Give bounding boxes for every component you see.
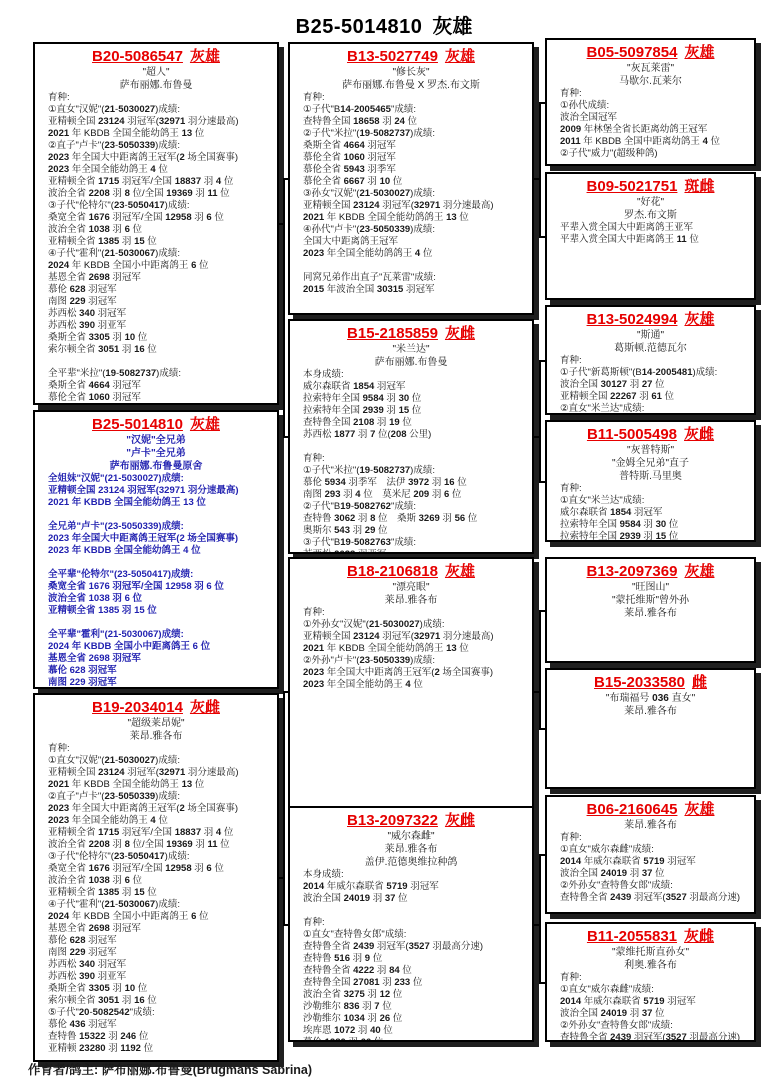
sex-label: 灰雄	[684, 44, 714, 61]
body-line: 全平辈"伦特尔"(23-5050417)成绩:	[40, 569, 272, 581]
body-line: ④子代"霍利"(21-5030067)成绩:	[40, 899, 272, 911]
blank-line	[40, 356, 272, 368]
body-line: 育种:	[552, 483, 749, 495]
body-line: ③子代"伦特尔"(23-5050417)成绩:	[40, 851, 272, 863]
body-line: 波治全国 24019 羽 37 位	[552, 1008, 749, 1020]
ring-number: B11-5005498	[587, 426, 677, 443]
blank-line	[295, 441, 527, 453]
nickname-line: 盖伊.范德奥维拉种鸽	[295, 856, 527, 869]
body-line: 查特鲁全省 2439 羽冠军(3527 羽最高分速)	[552, 1032, 749, 1042]
sex-label: 灰雄	[190, 48, 220, 65]
body-line: 2014 年威尔森联省 5719 羽冠军	[552, 856, 749, 868]
body-line: ⑤子代"20-5082542"成绩:	[40, 1007, 272, 1019]
body-line: 慕伦 5934 羽季军 法伊 3972 羽 16 位	[295, 477, 527, 489]
pedigree-box-b11-2055831: B11-2055831灰雌"蒙维托斯直孙女"利奥.雅各布育种:①直女"威尔森雌"…	[545, 922, 756, 1042]
blank-line	[40, 509, 272, 521]
body-line: 全平辈"米拉"(19-5082737)成绩:	[40, 368, 272, 380]
box-title: B13-5024994灰雄	[552, 310, 749, 329]
pedigree-page: B25-5014810灰雄 B20-5086547灰雄"超人"萨布丽娜.布鲁曼育…	[0, 0, 768, 1086]
connector-line	[539, 102, 545, 104]
connector-line	[539, 854, 545, 856]
pedigree-box-b25-5014810: B25-5014810灰雄"汉妮"全兄弟"卢卡"全兄弟萨布丽娜.布鲁曼原舍全姐妹…	[33, 410, 279, 689]
body-line: 育种:	[552, 972, 749, 984]
body-line: 波治全省 2208 羽 8 位/全国 19369 羽 11 位	[40, 839, 272, 851]
nickname-line: 罗杰.布文斯	[552, 209, 749, 222]
body-line: 育种:	[40, 92, 272, 104]
connector-line	[283, 924, 288, 926]
body-line: 苏西松 1877 羽 7 位(208 公里)	[295, 429, 527, 441]
body-line: 2023 年全国全能幼鸽王 4 位	[40, 164, 272, 176]
body-line: 查特鲁全省 4222 羽 84 位	[295, 965, 527, 977]
body-line: 苏西松 390 羽亚军	[40, 320, 272, 332]
body-line: 查特鲁 15322 羽 246 位	[40, 1031, 272, 1043]
body-line: 查特鲁全国 27081 羽 233 位	[295, 977, 527, 989]
body-line: 南图 293 羽 4 位 莫米尼 209 羽 6 位	[295, 489, 527, 501]
body-line: 2021 年 KBDB 全国全能幼鸽鸽王 13 位	[295, 212, 527, 224]
body-line: 2023 年全国全能幼鸽王 4 位	[40, 815, 272, 827]
nickname-line: "米兰达"	[295, 343, 527, 356]
pedigree-box-b18-2106818: B18-2106818灰雄"漂亮眼"莱昂.雅各布育种:①外孙女"汉妮"(21-5…	[288, 557, 534, 826]
nickname-line: "蒙托维斯"曾外孙	[552, 594, 749, 607]
body-line: 2021 年 KBDB 全国全能幼鸽王 13 位	[40, 779, 272, 791]
body-line: 育种:	[295, 607, 527, 619]
body-line: 奥斯尔 543 羽 29 位	[295, 525, 527, 537]
nickname-line: "旺图山"	[552, 581, 749, 594]
sex-label: 灰雌	[445, 325, 475, 342]
body-line: 波治全国冠军	[552, 112, 749, 124]
pedigree-box-b06-2160645: B06-2160645灰雄莱昂.雅各布育种:①直女"威尔森雌"成绩:2014 年…	[545, 795, 756, 914]
ring-number: B13-2097369	[587, 563, 678, 580]
nickname-line: "布瑞福号 036 直女"	[552, 692, 749, 705]
body-line: 拉索特年全国 9584 羽 30 位	[552, 519, 749, 531]
blank-line	[40, 617, 272, 629]
nickname-line: "灰普特斯"	[552, 444, 749, 457]
body-line: 拉索特年全国 2939 羽 15 位	[295, 405, 527, 417]
body-line: 慕伦 628 羽冠军	[40, 284, 272, 296]
body-line: 苏西松 340 羽冠军	[40, 308, 272, 320]
connector-line	[539, 728, 545, 730]
body-line: 亚精顿全省 1715 羽冠军/全国 18837 羽 4 位	[40, 176, 272, 188]
body-line: 育种:	[552, 832, 749, 844]
body-line: ②直女"米兰达"成绩:	[552, 403, 749, 415]
body-line: ②外孙"卢卡"(23-5050339)成绩:	[295, 655, 527, 667]
connector-line	[539, 982, 545, 984]
pedigree-box-b13-2097369: B13-2097369灰雄"旺图山""蒙托维斯"曾外孙莱昂.雅各布	[545, 557, 756, 663]
body-line: 育种:	[295, 453, 527, 465]
box-title: B11-2055831灰雌	[552, 927, 749, 946]
box-title: B15-2185859灰雌	[295, 324, 527, 343]
box-title: B13-5027749灰雄	[295, 47, 527, 66]
pedigree-box-b19-2034014: B19-2034014灰雌"超级莱昂妮"莱昂.雅各布育种:①直女"汉妮"(21-…	[33, 693, 279, 1062]
nickname-line: "漂亮眼"	[295, 581, 527, 594]
body-line: ③子代"B19-5082763"成绩:	[295, 537, 527, 549]
ring-number: B06-2160645	[587, 801, 678, 818]
body-line: 桑宽全省 1676 羽冠军/全国 12958 羽 6 位	[40, 863, 272, 875]
body-line: 慕伦全省 5943 羽季军	[295, 164, 527, 176]
body-line: 2023 年全国大中距离鸽王冠军(2 场全国赛事)	[40, 533, 272, 545]
sex-label: 灰雄	[445, 48, 475, 65]
body-line: 亚精顿全国 23124 羽冠军(32971 羽分速最高)	[40, 767, 272, 779]
body-line: 本身成绩:	[295, 869, 527, 881]
nickname-line: 马歇尔.瓦莱尔	[552, 75, 749, 88]
ring-number: B15-2185859	[347, 325, 438, 342]
body-line: 查特鲁全国 2108 羽 19 位	[295, 417, 527, 429]
body-line: 2014 年威尔森联省 5719 羽冠军	[295, 881, 527, 893]
ring-number: B13-2097322	[347, 812, 438, 829]
body-line: 波治全国 24019 羽 37 位	[295, 893, 527, 905]
body-line: ①直女"米兰达"成绩:	[552, 495, 749, 507]
ring-number: B11-2055831	[587, 928, 677, 945]
body-line: 2023 年全国大中距离鸽王冠军(2 场全国赛事)	[295, 667, 527, 679]
connector-line	[283, 436, 288, 438]
nickname-line: "修长灰"	[295, 66, 527, 79]
body-line: 2015 年波治全国 30315 羽冠军	[295, 284, 527, 296]
body-line: 慕伦 436 羽冠军	[40, 1019, 272, 1031]
connector-line	[283, 691, 285, 926]
ring-number: B18-2106818	[347, 563, 438, 580]
box-title: B18-2106818灰雄	[295, 562, 527, 581]
body-line: ②子代"B19-5082762"成绩:	[295, 501, 527, 513]
body-line: 桑斯全省 3305 羽 10 位	[40, 983, 272, 995]
ring-number: B25-5014810	[92, 416, 183, 433]
body-line: 桑斯全省 4664 羽冠军	[40, 380, 272, 392]
sex-label: 灰雌	[684, 928, 714, 945]
body-line: 埃库恩 1072 羽 40 位	[295, 1025, 527, 1037]
body-line: 基恩全省 2698 羽冠军	[40, 272, 272, 284]
sex-label: 灰雌	[190, 699, 220, 716]
body-line: 查特鲁全国 18658 羽 24 位	[295, 116, 527, 128]
connector-line	[283, 691, 288, 693]
connector-line	[539, 481, 545, 483]
body-line: 亚精顿全国 23124 羽冠军(32971 羽分速最高)	[40, 485, 272, 497]
ring-number: B15-2033580	[594, 674, 685, 691]
nickname-line: "好花"	[552, 196, 749, 209]
body-line: 全国大中距离鸽王冠军	[295, 236, 527, 248]
body-line: 育种:	[552, 355, 749, 367]
body-line: 桑斯全省 4664 羽冠军	[295, 140, 527, 152]
connector-line	[539, 360, 541, 483]
body-line: 查特鲁全省 2439 羽冠军(3527 羽最高分速)	[295, 941, 527, 953]
body-line: 2021 年 KBDB 全国全能幼鸽王 13 位	[40, 128, 272, 140]
body-line: 2023 年 KBDB 全国全能幼鸽王 4 位	[40, 545, 272, 557]
body-line: 2011 年 KBDB 全国中距离幼鸽王 4 位	[552, 136, 749, 148]
body-line: ①子代"B14-2005465"成绩:	[295, 104, 527, 116]
body-line: 查特鲁 516 羽 9 位	[295, 953, 527, 965]
nickname-line: 普特斯.马里奥	[552, 470, 749, 483]
ring-number: B13-5024994	[587, 311, 678, 328]
body-line: 本身成绩:	[295, 369, 527, 381]
sex-label: 灰雌	[684, 426, 714, 443]
nickname-line: 莱昂.雅各布	[295, 594, 527, 607]
body-line: 慕伦 628 羽冠军	[40, 935, 272, 947]
body-line: ②直子"卢卡"(23-5050339)成绩:	[40, 791, 272, 803]
body-line: 亚精顿全省 1385 羽 15 位	[40, 236, 272, 248]
connector-line	[539, 610, 541, 730]
pedigree-box-b15-2033580: B15-2033580雌"布瑞福号 036 直女"莱昂.雅各布	[545, 668, 756, 789]
pedigree-box-b13-2097322: B13-2097322灰雌"威尔森雌"莱昂.雅各布盖伊.范德奥维拉种鸽本身成绩:…	[288, 806, 534, 1042]
body-line: 查特鲁全省 2439 羽冠军(3527 羽最高分速)	[552, 892, 749, 904]
nickname-line: "汉妮"全兄弟	[40, 434, 272, 447]
body-line: 基恩全省 2698 羽冠军	[40, 653, 272, 665]
nickname-line: 萨布丽娜.布鲁曼 X 罗杰.布文斯	[295, 79, 527, 92]
body-line: ①直女"查特鲁女郎"成绩:	[295, 929, 527, 941]
body-line: 亚精顿全省 1385 羽 15 位	[40, 887, 272, 899]
connector-line	[539, 610, 545, 612]
box-title: B11-5005498灰雌	[552, 425, 749, 444]
pedigree-box-b05-5097854: B05-5097854灰雄"灰瓦莱雷"马歇尔.瓦莱尔育种:①孙代成绩:波治全国冠…	[545, 38, 756, 166]
nickname-line: 利奥.雅各布	[552, 959, 749, 972]
pedigree-box-b09-5021751: B09-5021751斑雌"好花"罗杰.布文斯平辈入赏全国大中距离鸽王亚军平辈入…	[545, 172, 756, 300]
box-title: B06-2160645灰雄	[552, 800, 749, 819]
page-title-sex: 灰雄	[432, 16, 472, 38]
body-line: 南图 229 羽冠军	[40, 947, 272, 959]
pedigree-box-b20-5086547: B20-5086547灰雄"超人"萨布丽娜.布鲁曼育种:①直女"汉妮"(21-5…	[33, 42, 279, 405]
sex-label: 灰雄	[445, 563, 475, 580]
body-line: ①直女"汉妮"(21-5030027)成绩:	[40, 104, 272, 116]
body-line: 桑宽全省 1676 羽冠军/全国 12958 羽 6 位	[40, 212, 272, 224]
connector-line	[539, 102, 541, 238]
sex-label: 灰雄	[684, 563, 714, 580]
body-line: 2023 年全国大中距离鸽王冠军(2 场全国赛事)	[40, 803, 272, 815]
body-line: 沙勒维尔 1034 羽 26 位	[295, 1013, 527, 1025]
box-title: B25-5014810灰雄	[40, 415, 272, 434]
body-line: 亚精顿全省 1385 羽 15 位	[40, 605, 272, 617]
connector-line	[283, 178, 288, 180]
nickname-line: 萨布丽娜.布鲁曼	[295, 356, 527, 369]
body-line: 亚精顿全国 23124 羽冠军(32971 羽分速最高)	[295, 631, 527, 643]
body-line: 沙勒维尔 836 羽 7 位	[295, 1001, 527, 1013]
nickname-line: "蒙维托斯直孙女"	[552, 946, 749, 959]
nickname-line: "灰瓦莱雷"	[552, 62, 749, 75]
body-line: 同窝兄弟作出直子"瓦莱雷"成绩:	[295, 272, 527, 284]
body-line: 2014 年威尔森联省 5719 羽冠军	[552, 996, 749, 1008]
connector-line	[539, 236, 545, 238]
body-line: ③子代"伦特尔"(23-5050417)成绩:	[40, 200, 272, 212]
ring-number: B20-5086547	[92, 48, 183, 65]
body-line: 波治全省 2208 羽 8 位/全国 19369 羽 11 位	[40, 188, 272, 200]
body-line: 桑斯全省 3305 羽 10 位	[40, 332, 272, 344]
sex-label: 灰雄	[684, 311, 714, 328]
nickname-line: "超级莱昂妮"	[40, 717, 272, 730]
box-title: B15-2033580雌	[552, 673, 749, 692]
body-line: 全平辈"霍利"(21-5030067)成绩:	[40, 629, 272, 641]
box-title: B13-2097369灰雄	[552, 562, 749, 581]
body-line: 亚精顿全省 1715 羽冠军/全国 18837 羽 4 位	[40, 827, 272, 839]
body-line: ①子代"新葛斯顿"(B14-2005481)成绩:	[552, 367, 749, 379]
body-line: 拉索特年全国 2939 羽 15 位	[552, 531, 749, 542]
body-line: 桑宽全省 1676 羽冠军/全国 12958 羽 6 位	[40, 581, 272, 593]
body-line: 威尔森联省 1854 羽冠军	[295, 381, 527, 393]
body-line: 慕伦 628 羽冠军	[40, 665, 272, 677]
blank-line	[40, 557, 272, 569]
body-line: 亚精顿全国 23124 羽冠军(32971 羽分速最高)	[40, 116, 272, 128]
nickname-line: "斯通"	[552, 329, 749, 342]
body-line: ②外孙女"查特鲁女郎"成绩:	[552, 1020, 749, 1032]
body-line: 平辈入赏全国大中距离鸽王 11 位	[552, 234, 749, 246]
box-title: B20-5086547灰雄	[40, 47, 272, 66]
body-line: 索尔顿全省 3051 羽 16 位	[40, 995, 272, 1007]
page-title-ring: B25-5014810	[296, 16, 423, 38]
nickname-line: "金姆全兄弟"直子	[552, 457, 749, 470]
connector-line	[539, 360, 545, 362]
body-line: ②外孙女"查特鲁女郎"成绩:	[552, 880, 749, 892]
pedigree-box-b13-5024994: B13-5024994灰雄"斯通"葛斯顿.范德瓦尔育种:①子代"新葛斯顿"(B1…	[545, 305, 756, 415]
body-line: 全姐妹"汉妮"(21-5030027)成绩:	[40, 473, 272, 485]
footer-credit: 作育者/鸽主: 萨布丽娜.布鲁曼(Brugmans Sabrina)	[28, 1060, 312, 1078]
body-line: ①直女"威尔森雌"成绩:	[552, 844, 749, 856]
body-line: 南图 229 羽冠军	[40, 677, 272, 689]
body-line: 苏西松 390 羽亚军	[40, 971, 272, 983]
box-title: B05-5097854灰雄	[552, 43, 749, 62]
nickname-line: 莱昂.雅各布	[552, 705, 749, 718]
sex-label: 雌	[692, 674, 707, 691]
nickname-line: "超人"	[40, 66, 272, 79]
body-line: ②直子"卢卡"(23-5050339)成绩:	[40, 140, 272, 152]
body-line: ③孙女"汉妮"(21-5030027)成绩:	[295, 188, 527, 200]
body-line: 2024 年 KBDB 全国小中距离鸽王 6 位	[40, 641, 272, 653]
box-title: B09-5021751斑雌	[552, 177, 749, 196]
body-line: 慕伦全省 1060 羽冠军	[40, 392, 272, 404]
body-line: 基恩全省 2698 羽冠军	[40, 923, 272, 935]
body-line: 2009 年林堡全省长距离幼鸽王冠军	[552, 124, 749, 136]
body-line: ④孙代"卢卡"(23-5050339)成绩:	[295, 224, 527, 236]
body-line: ②子代"米拉"(19-5082737)成绩:	[295, 128, 527, 140]
body-line: 亚精顿 23280 羽 1192 位	[40, 1043, 272, 1055]
body-line: 2023 年全国全能幼鸽王 4 位	[295, 679, 527, 691]
body-line: 平辈入赏全国大中距离鸽王亚军	[552, 222, 749, 234]
sex-label: 灰雄	[190, 416, 220, 433]
body-line: 2024 年 KBDB 全国小中距离鸽王 6 位	[40, 911, 272, 923]
body-line: ①孙代成绩:	[552, 100, 749, 112]
body-line: 育种:	[295, 92, 527, 104]
nickname-line: 莱昂.雅各布	[552, 819, 749, 832]
body-line: 亚精顿全国 22267 羽 61 位	[552, 391, 749, 403]
body-line: ①直女"威尔森雌"成绩:	[552, 984, 749, 996]
body-line: 威尔森联省 1854 羽冠军	[552, 507, 749, 519]
nickname-line: 莱昂.雅各布	[40, 730, 272, 743]
body-line: 全兄弟"卢卡"(23-5050339)成绩:	[40, 521, 272, 533]
nickname-line: 萨布丽娜.布鲁曼原舍	[40, 460, 272, 473]
nickname-line: "卢卡"全兄弟	[40, 447, 272, 460]
body-line: 南图 229 羽冠军	[40, 296, 272, 308]
sex-label: 灰雄	[684, 801, 714, 818]
page-title: B25-5014810灰雄	[0, 10, 768, 39]
body-line: 波治全省 1038 羽 6 位	[40, 224, 272, 236]
body-line: 育种:	[552, 88, 749, 100]
box-title: B13-2097322灰雌	[295, 811, 527, 830]
body-line: ①外孙女"汉妮"(21-5030027)成绩:	[295, 619, 527, 631]
body-line: 慕伦 1280 羽 66 位	[295, 1037, 527, 1042]
nickname-line: 莱昂.雅各布	[295, 843, 527, 856]
blank-line	[295, 260, 527, 272]
ring-number: B09-5021751	[587, 178, 678, 195]
nickname-line: 莱昂.雅各布	[552, 607, 749, 620]
body-line: 2023 年全国全能幼鸽鸽王 4 位	[295, 248, 527, 260]
pedigree-box-b15-2185859: B15-2185859灰雌"米兰达"萨布丽娜.布鲁曼本身成绩:威尔森联省 185…	[288, 319, 534, 554]
body-line: 慕伦全省 6667 羽 10 位	[295, 176, 527, 188]
ring-number: B19-2034014	[92, 699, 183, 716]
blank-line	[295, 905, 527, 917]
nickname-line: 葛斯顿.范德瓦尔	[552, 342, 749, 355]
body-line: 育种:	[295, 917, 527, 929]
nickname-line: "威尔森雌"	[295, 830, 527, 843]
body-line: ④子代"霍利"(21-5030067)成绩:	[40, 248, 272, 260]
box-title: B19-2034014灰雌	[40, 698, 272, 717]
ring-number: B05-5097854	[587, 44, 678, 61]
pedigree-box-b13-5027749: B13-5027749灰雄"修长灰"萨布丽娜.布鲁曼 X 罗杰.布文斯育种:①子…	[288, 42, 534, 315]
sex-label: 灰雌	[445, 812, 475, 829]
body-line: 苏西松 340 羽冠军	[40, 959, 272, 971]
body-line: 波治全国 30127 羽 27 位	[552, 379, 749, 391]
sex-label: 斑雌	[684, 178, 714, 195]
body-line: 2024 年 KBDB 全国小中距离鸽王 6 位	[40, 260, 272, 272]
body-line: 亚精顿全国 23124 羽冠军(32971 羽分速最高)	[295, 200, 527, 212]
body-line: ②子代"威力"(超级种鸽)	[552, 148, 749, 160]
body-line: 慕伦全省 1060 羽冠军	[295, 152, 527, 164]
body-line: ①直女"汉妮"(21-5030027)成绩:	[40, 755, 272, 767]
body-line: 2021 年 KBDB 全国全能幼鸽王 13 位	[40, 497, 272, 509]
nickname-line: 萨布丽娜.布鲁曼	[40, 79, 272, 92]
body-line: 波治全省 1038 羽 6 位	[40, 593, 272, 605]
body-line: 查特鲁 3062 羽 8 位 桑斯 3269 羽 56 位	[295, 513, 527, 525]
body-line: 拉索特年全国 9584 羽 30 位	[295, 393, 527, 405]
body-line: 苏西松 2633 羽亚军	[295, 549, 527, 554]
ring-number: B13-5027749	[347, 48, 438, 65]
body-line: 2023 年全国大中距离鸽王冠军(2 场全国赛事)	[40, 152, 272, 164]
connector-line	[539, 854, 541, 984]
body-line: 波治全省 3275 羽 12 位	[295, 989, 527, 1001]
body-line: 索尔顿全省 3051 羽 16 位	[40, 344, 272, 356]
body-line: 波治全省 1038 羽 6 位	[40, 875, 272, 887]
body-line: 2021 年 KBDB 全国全能幼鸽鸽王 13 位	[295, 643, 527, 655]
body-line: 波治全国 24019 羽 37 位	[552, 868, 749, 880]
body-line: 育种:	[40, 743, 272, 755]
connector-line	[283, 178, 285, 438]
pedigree-box-b11-5005498: B11-5005498灰雌"灰普特斯""金姆全兄弟"直子普特斯.马里奥育种:①直…	[545, 420, 756, 542]
body-line: ①子代"米拉"(19-5082737)成绩:	[295, 465, 527, 477]
